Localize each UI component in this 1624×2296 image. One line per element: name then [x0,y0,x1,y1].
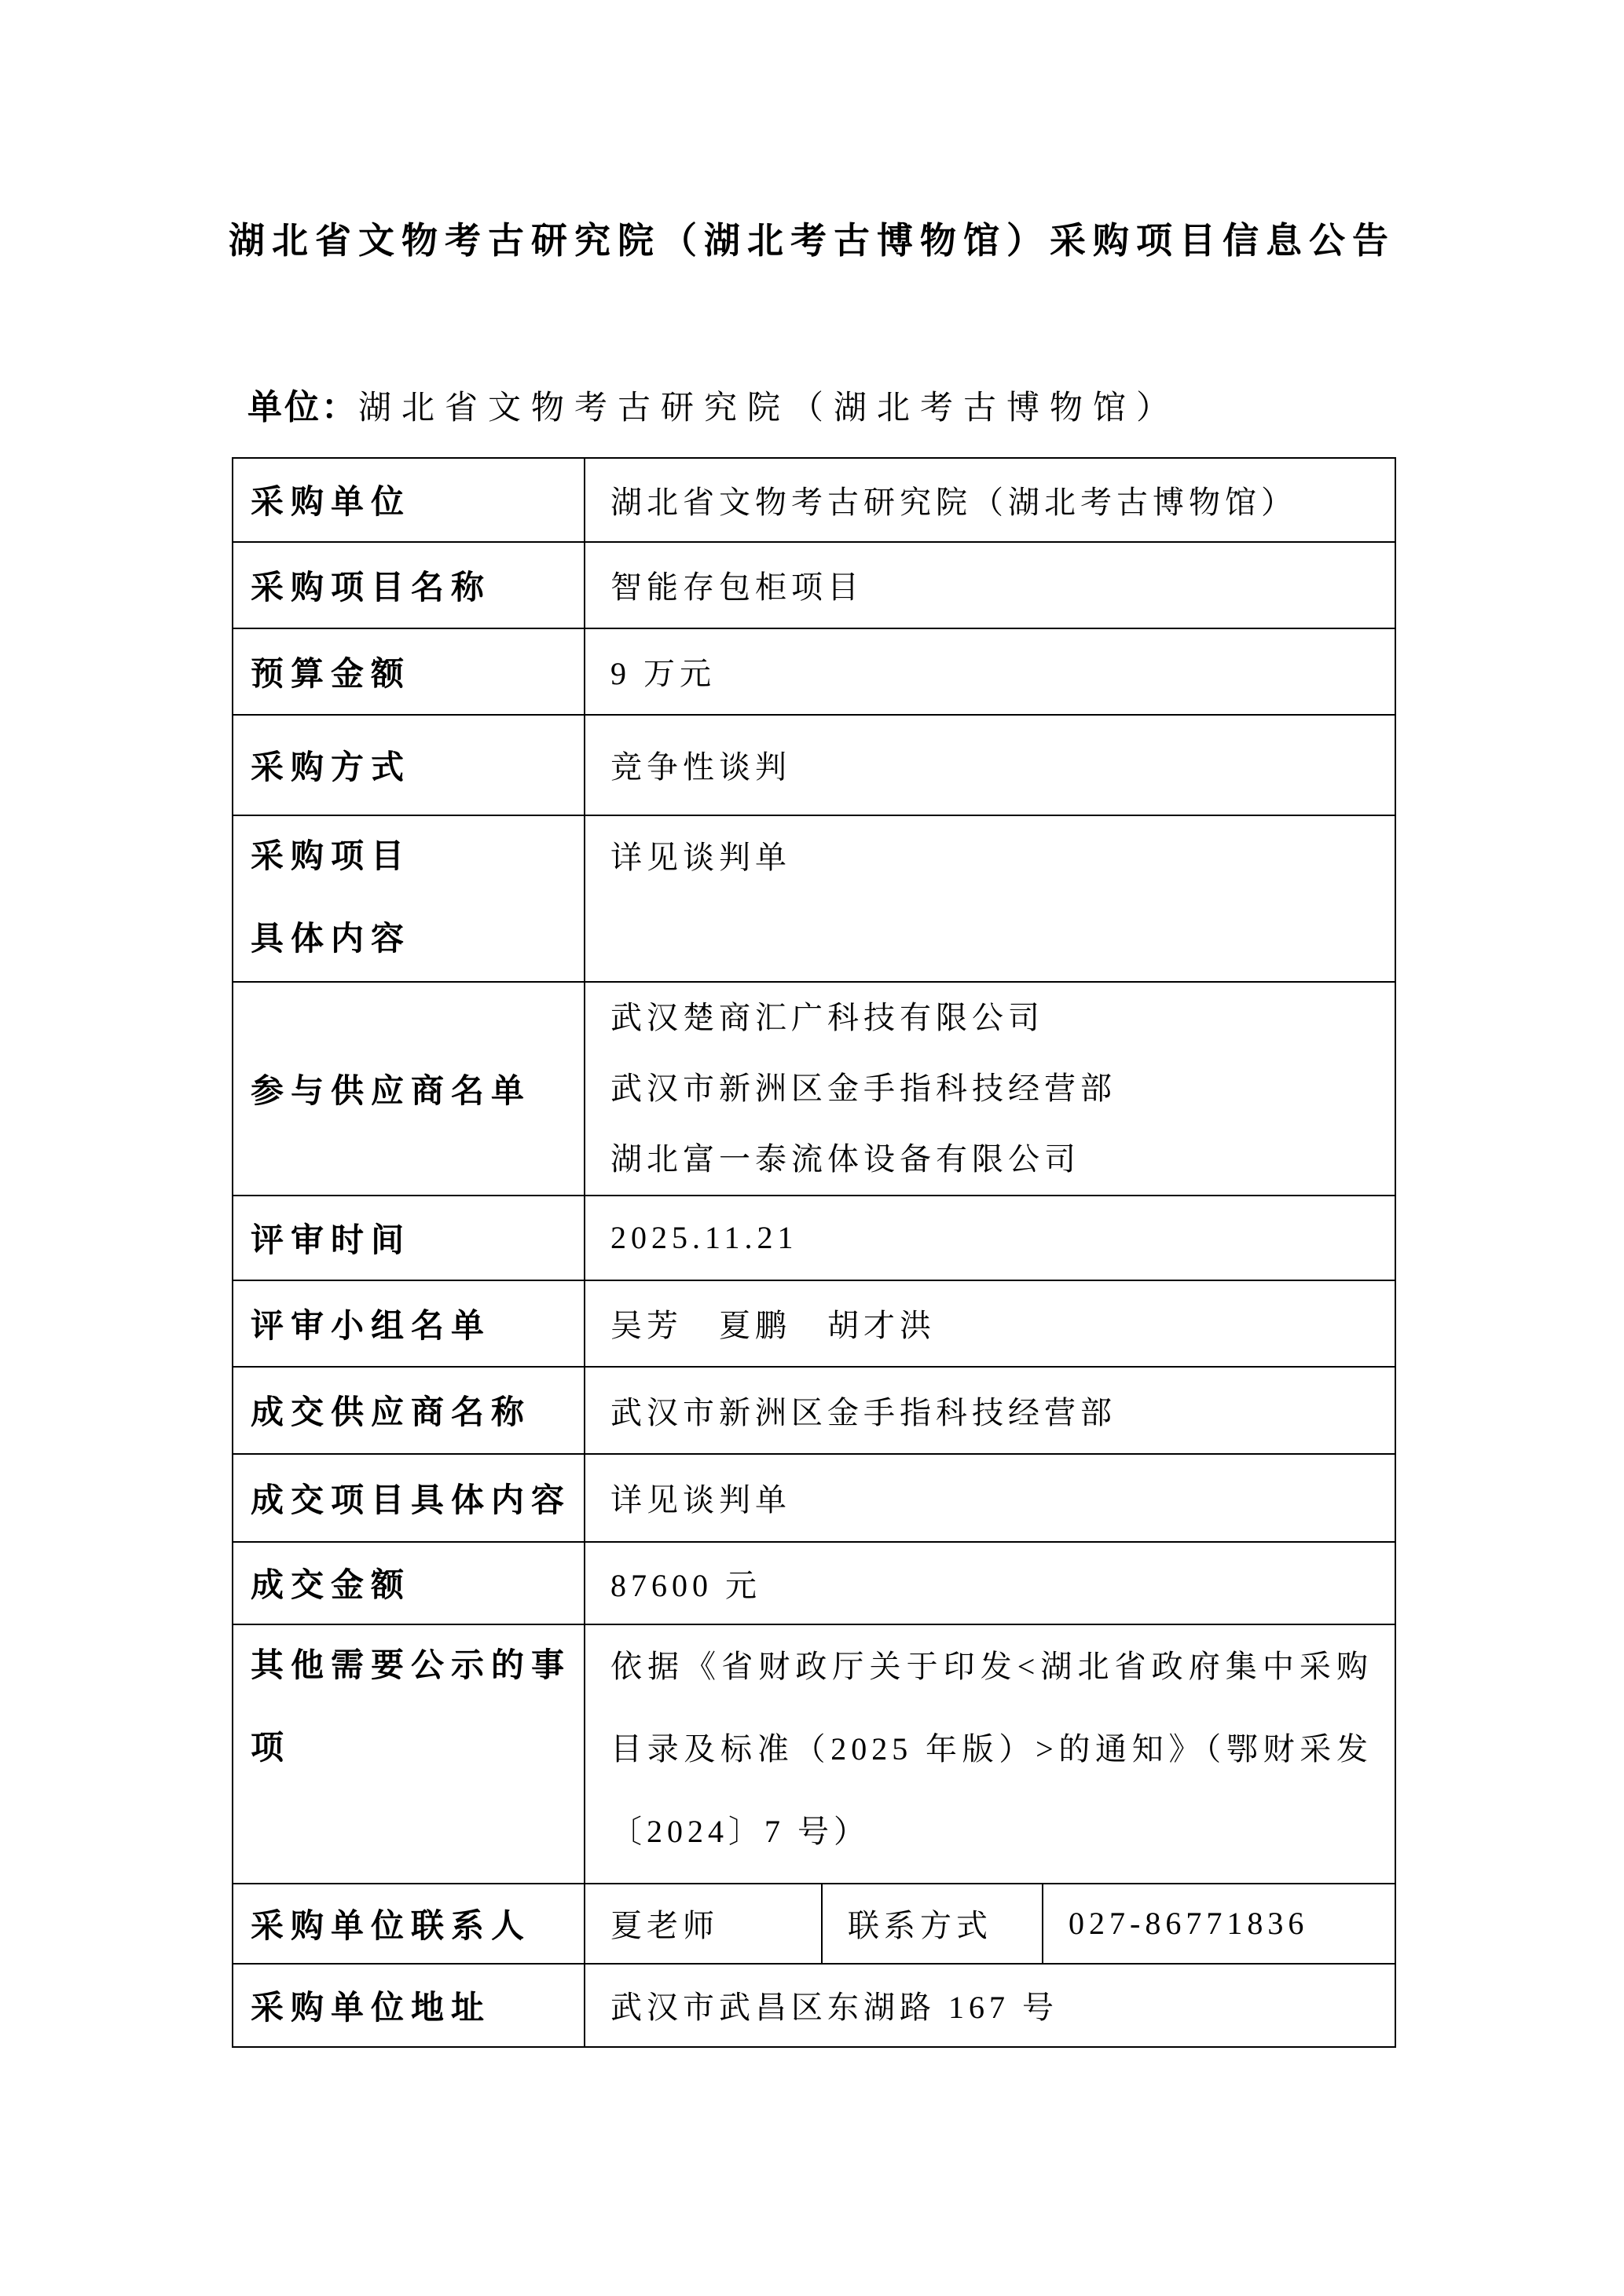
table-row: 评审小组名单 吴芳 夏鹏 胡才洪 [233,1280,1395,1367]
row-value: 详见谈判单 [585,1454,1395,1542]
row-label: 采购单位地址 [233,1964,585,2047]
table-row: 采购单位 湖北省文物考古研究院（湖北考古博物馆） [233,458,1395,542]
table-row: 采购项目名称 智能存包柜项目 [233,542,1395,628]
table-row: 采购单位地址 武汉市武昌区东湖路 167 号 [233,1964,1395,2047]
row-value: 吴芳 夏鹏 胡才洪 [585,1280,1395,1367]
row-label: 参与供应商名单 [233,982,585,1196]
document-page: 湖北省文物考古研究院（湖北考古博物馆）采购项目信息公告 单位：湖北省文物考古研究… [0,0,1624,2296]
row-label: 成交金额 [233,1542,585,1624]
row-label: 其他需要公示的事 项 [233,1624,585,1884]
table-row: 采购方式 竞争性谈判 [233,715,1395,815]
row-label: 采购方式 [233,715,585,815]
contact-label: 采购单位联系人 [233,1884,585,1964]
row-value: 2025.11.21 [585,1196,1395,1280]
row-label: 评审时间 [233,1196,585,1280]
phone-number: 027-86771836 [1043,1884,1395,1964]
row-label: 预算金额 [233,628,585,715]
table-row: 成交供应商名称 武汉市新洲区金手指科技经营部 [233,1367,1395,1454]
table-row: 评审时间 2025.11.21 [233,1196,1395,1280]
row-value: 依据《省财政厅关于印发<湖北省政府集中采购目录及标准（2025 年版）>的通知》… [585,1624,1395,1884]
page-title: 湖北省文物考古研究院（湖北考古博物馆）采购项目信息公告 [0,0,1624,262]
row-value: 武汉市新洲区金手指科技经营部 [585,1367,1395,1454]
row-label: 采购单位 [233,458,585,542]
row-value: 湖北省文物考古研究院（湖北考古博物馆） [585,458,1395,542]
row-value: 详见谈判单 [585,815,1395,982]
row-value: 智能存包柜项目 [585,542,1395,628]
row-value: 武汉楚商汇广科技有限公司 武汉市新洲区金手指科技经营部 湖北富一泰流体设备有限公… [585,982,1395,1196]
row-label: 采购项目 具体内容 [233,815,585,982]
procurement-info-table: 采购单位 湖北省文物考古研究院（湖北考古博物馆） 采购项目名称 智能存包柜项目 … [232,457,1396,2048]
row-label: 成交供应商名称 [233,1367,585,1454]
row-value: 竞争性谈判 [585,715,1395,815]
row-label: 评审小组名单 [233,1280,585,1367]
unit-value: 湖北省文物考古研究院（湖北考古博物馆） [358,390,1179,427]
contact-name: 夏老师 [585,1884,822,1964]
table-row: 预算金额 9 万元 [233,628,1395,715]
table-row: 成交金额 87600 元 [233,1542,1395,1624]
unit-label: 单位： [247,388,358,427]
table-row: 参与供应商名单 武汉楚商汇广科技有限公司 武汉市新洲区金手指科技经营部 湖北富一… [233,982,1395,1196]
unit-line: 单位：湖北省文物考古研究院（湖北考古博物馆） [247,386,1624,430]
row-value: 武汉市武昌区东湖路 167 号 [585,1964,1395,2047]
table-row: 采购项目 具体内容 详见谈判单 [233,815,1395,982]
table-row: 其他需要公示的事 项 依据《省财政厅关于印发<湖北省政府集中采购目录及标准（20… [233,1624,1395,1884]
row-value: 9 万元 [585,628,1395,715]
row-label: 成交项目具体内容 [233,1454,585,1542]
table-row: 成交项目具体内容 详见谈判单 [233,1454,1395,1542]
table-row-contact: 采购单位联系人 夏老师 联系方式 027-86771836 [233,1884,1395,1964]
row-value: 87600 元 [585,1542,1395,1624]
row-label: 采购项目名称 [233,542,585,628]
phone-label: 联系方式 [822,1884,1043,1964]
